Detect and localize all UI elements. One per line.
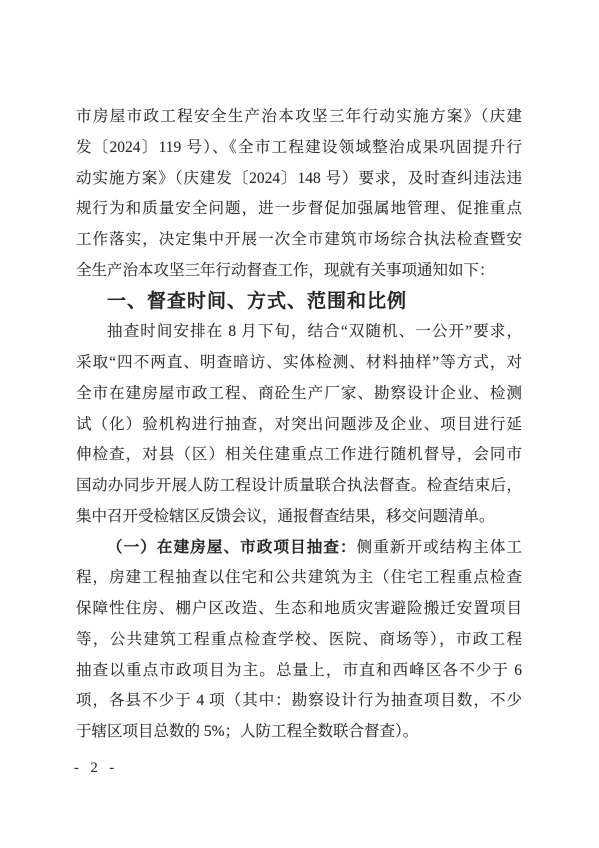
body-line-text: 侧重新开或结构主体工 — [357, 539, 522, 556]
body-line: 全市在建房屋市政工程、商砼生产厂家、勘察设计企业、检测 — [76, 379, 522, 410]
body-line: 等，公共建筑工程重点检查学校、医院、商场等），市政工程 — [76, 625, 522, 656]
body-line: 规行为和质量安全问题，进一步督促加强属地管理、促推重点 — [76, 194, 522, 225]
body-line: （一）在建房屋、市政项目抽查：侧重新开或结构主体工 — [76, 533, 522, 564]
body-line: 项，各县不少于 4 项（其中：勘察设计行为抽查项目数，不少 — [76, 686, 522, 717]
body-line: 程，房建工程抽查以住宅和公共建筑为主（住宅工程重点检查 — [76, 563, 522, 594]
section-heading: 一、督查时间、方式、范围和比例 — [76, 287, 522, 318]
document-body: 市房屋市政工程安全生产治本攻坚三年行动实施方案》（庆建 发〔2024〕119 号… — [76, 102, 522, 748]
subsection-heading: （一）在建房屋、市政项目抽查： — [107, 539, 357, 556]
body-line: 试（化）验机构进行抽查，对突出问题涉及企业、项目进行延 — [76, 410, 522, 441]
page-number: - 2 - — [74, 760, 117, 777]
body-line: 工作落实，决定集中开展一次全市建筑市场综合执法检查暨安 — [76, 225, 522, 256]
body-line: 抽查以重点市政项目为主。总量上，市直和西峰区各不少于 6 — [76, 656, 522, 687]
body-line: 全生产治本攻坚三年行动督查工作，现就有关事项通知如下： — [76, 256, 522, 287]
body-line: 市房屋市政工程安全生产治本攻坚三年行动实施方案》（庆建 — [76, 102, 522, 133]
body-line: 动实施方案》（庆建发〔2024〕148 号）要求，及时查纠违法违 — [76, 164, 522, 195]
body-line: 抽查时间安排在 8 月下旬，结合“双随机、一公开”要求， — [76, 317, 522, 348]
document-page: 市房屋市政工程安全生产治本攻坚三年行动实施方案》（庆建 发〔2024〕119 号… — [0, 0, 599, 848]
body-line: 国动办同步开展人防工程设计质量联合执法督查。检查结束后， — [76, 471, 522, 502]
body-line: 于辖区项目总数的 5%；人防工程全数联合督查）。 — [76, 717, 522, 748]
body-line: 采取“四不两直、明查暗访、实体检测、材料抽样”等方式，对 — [76, 348, 522, 379]
body-line: 保障性住房、棚户区改造、生态和地质灾害避险搬迁安置项目 — [76, 594, 522, 625]
body-line: 伸检查，对县（区）相关住建重点工作进行随机督导，会同市 — [76, 440, 522, 471]
body-line: 发〔2024〕119 号）、《全市工程建设领域整治成果巩固提升行 — [76, 133, 522, 164]
body-line: 集中召开受检辖区反馈会议，通报督查结果，移交问题清单。 — [76, 502, 522, 533]
